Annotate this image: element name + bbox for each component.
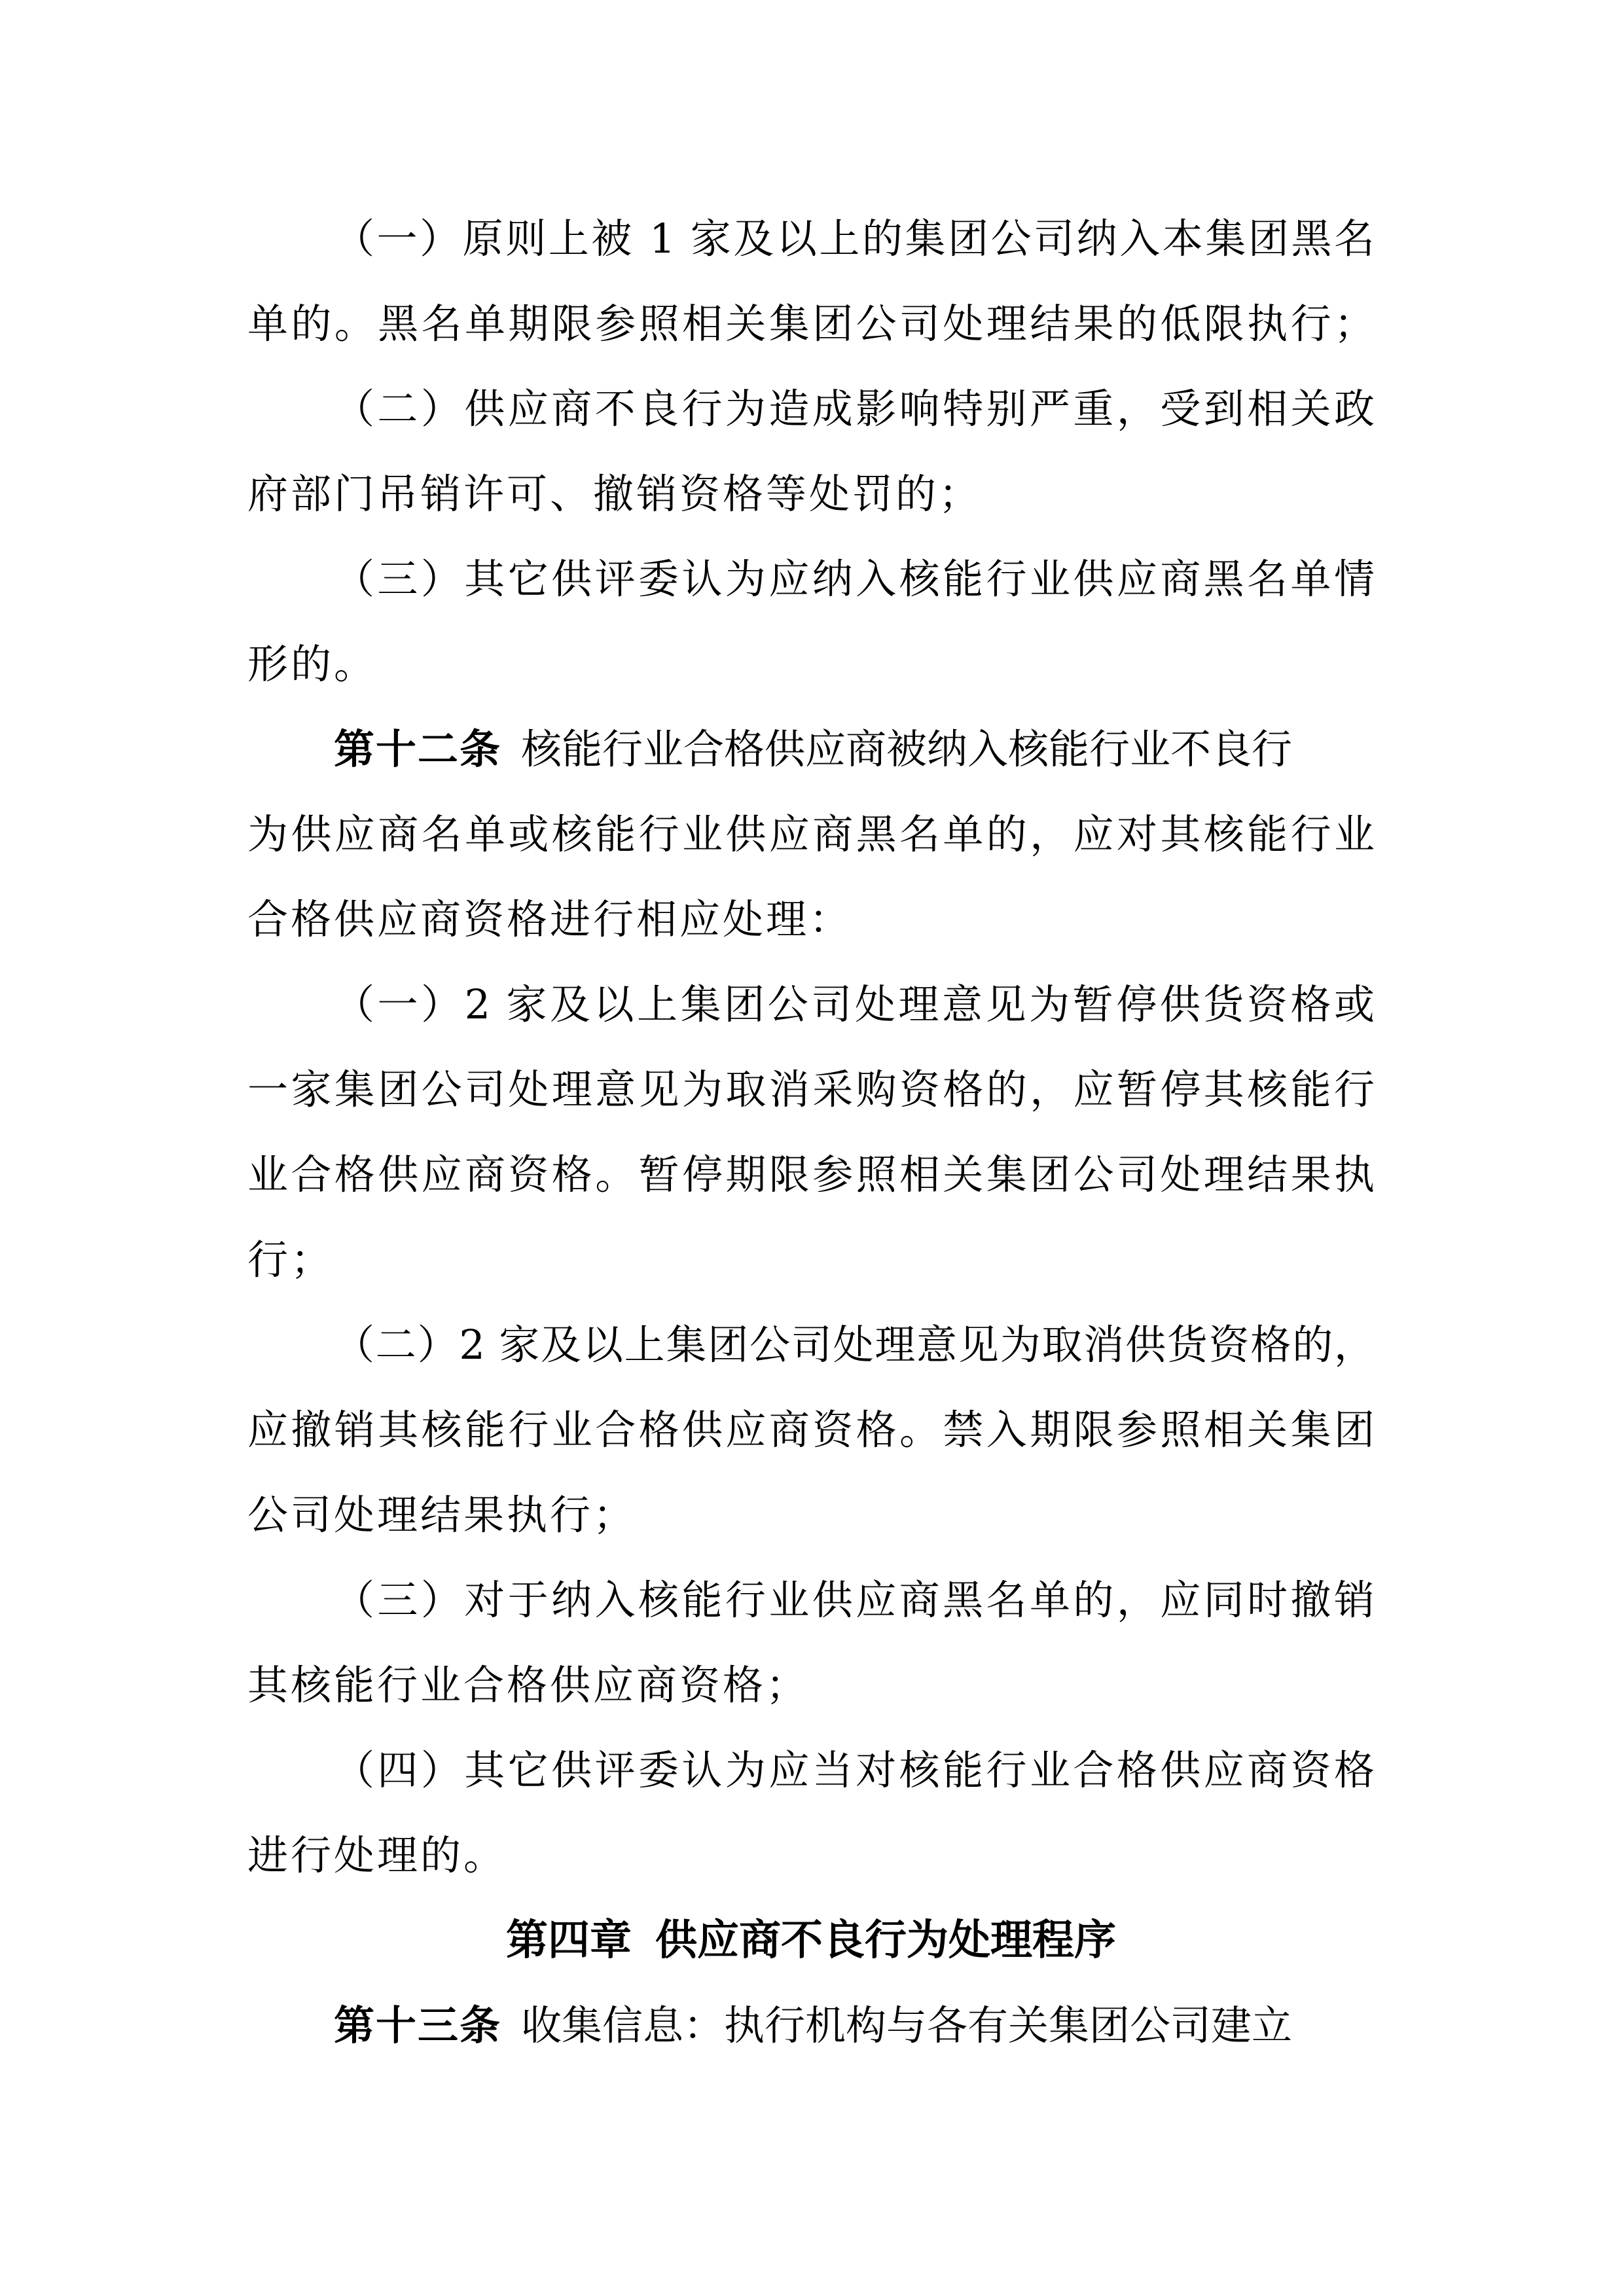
- paragraph-line: 府部门吊销许可、撤销资格等处罚的；: [247, 452, 1375, 537]
- article-12-first-line: 第十二条核能行业合格供应商被纳入核能行业不良行: [247, 707, 1375, 792]
- article-13-text: 收集信息：执行机构与各有关集团公司建立: [521, 2001, 1292, 2049]
- paragraph-line: 业合格供应商资格。暂停期限参照相关集团公司处理结果执: [247, 1132, 1375, 1217]
- paragraph-line: （三）其它供评委认为应纳入核能行业供应商黑名单情: [247, 537, 1375, 622]
- paragraph-line: 进行处理的。: [247, 1813, 1375, 1898]
- article-12-text: 核能行业合格供应商被纳入核能行业不良行: [521, 725, 1292, 773]
- paragraph-line: 为供应商名单或核能行业供应商黑名单的，应对其核能行业: [247, 792, 1375, 877]
- paragraph-line: （二）2 家及以上集团公司处理意见为取消供货资格的，: [247, 1302, 1375, 1388]
- article-13-first-line: 第十三条收集信息：执行机构与各有关集团公司建立: [247, 1983, 1375, 2068]
- paragraph-line: 形的。: [247, 622, 1375, 707]
- article-13-label: 第十三条: [334, 2001, 501, 2049]
- paragraph-line: （一）原则上被 1 家及以上的集团公司纳入本集团黑名: [247, 196, 1375, 281]
- document-page: （一）原则上被 1 家及以上的集团公司纳入本集团黑名 单的。黑名单期限参照相关集…: [0, 0, 1624, 2296]
- paragraph-line: 应撤销其核能行业合格供应商资格。禁入期限参照相关集团: [247, 1388, 1375, 1473]
- paragraph-line: 单的。黑名单期限参照相关集团公司处理结果的低限执行；: [247, 281, 1375, 367]
- paragraph-line: 行；: [247, 1217, 1375, 1302]
- paragraph-line: （四）其它供评委认为应当对核能行业合格供应商资格: [247, 1728, 1375, 1813]
- chapter-number: 第四章: [506, 1916, 632, 1965]
- paragraph-line: 公司处理结果执行；: [247, 1473, 1375, 1558]
- paragraph-line: （一）2 家及以上集团公司处理意见为暂停供货资格或: [247, 962, 1375, 1047]
- chapter-title: 供应商不良行为处理程序: [655, 1916, 1116, 1965]
- paragraph-line: 合格供应商资格进行相应处理：: [247, 877, 1375, 962]
- chapter-heading: 第四章供应商不良行为处理程序: [247, 1898, 1375, 1983]
- paragraph-line: （二）供应商不良行为造成影响特别严重，受到相关政: [247, 367, 1375, 452]
- paragraph-line: （三）对于纳入核能行业供应商黑名单的，应同时撤销: [247, 1558, 1375, 1643]
- paragraph-line: 一家集团公司处理意见为取消采购资格的，应暂停其核能行: [247, 1047, 1375, 1132]
- article-12-label: 第十二条: [334, 725, 501, 773]
- document-body: （一）原则上被 1 家及以上的集团公司纳入本集团黑名 单的。黑名单期限参照相关集…: [247, 196, 1375, 2068]
- paragraph-line: 其核能行业合格供应商资格；: [247, 1643, 1375, 1728]
